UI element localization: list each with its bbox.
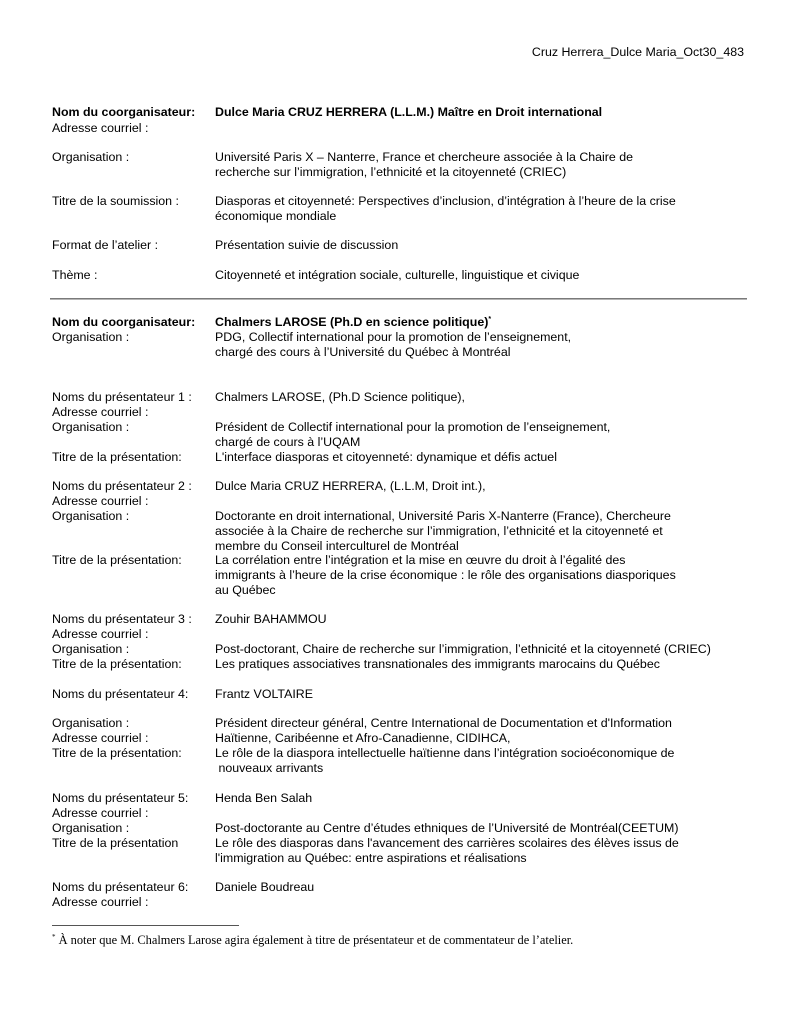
presentation-title-line: L'interface diasporas et citoyenneté: dy… (215, 450, 557, 465)
presenter-name-label: Noms du présentateur 5: (52, 791, 188, 806)
org-line: membre du Conseil interculturel de Montr… (215, 539, 459, 554)
org-label: Organisation : (52, 716, 129, 731)
footnote: * À noter que M. Chalmers Larose agira é… (52, 933, 573, 948)
organizer-value: Chalmers LAROSE (Ph.D en science politiq… (215, 315, 488, 329)
email-label: Adresse courriel : (52, 806, 148, 821)
org-line: chargé des cours à l’Université du Québe… (215, 345, 510, 360)
org-line: Président de Collectif international pou… (215, 420, 610, 435)
presenter-name: Chalmers LAROSE, (Ph.D Science politique… (215, 390, 465, 405)
email-label: Adresse courriel : (52, 731, 148, 746)
org-line: Université Paris X – Nanterre, France et… (215, 150, 633, 165)
org-line: Président directeur général, Centre Inte… (215, 716, 672, 731)
presentation-title-label: Titre de la présentation: (52, 746, 182, 761)
org-line: Haïtienne, Caribéenne et Afro-Canadienne… (215, 731, 510, 746)
submission-title-line: Diasporas et citoyenneté: Perspectives d… (215, 194, 676, 209)
email-label: Adresse courriel : (52, 121, 148, 136)
presentation-title-label: Titre de la présentation: (52, 657, 182, 672)
org-label: Organisation : (52, 150, 129, 165)
presenter-name: Dulce Maria CRUZ HERRERA, (L.L.M, Droit … (215, 479, 486, 494)
format-value: Présentation suivie de discussion (215, 238, 398, 253)
email-label: Adresse courriel : (52, 405, 148, 420)
section-divider (50, 298, 747, 300)
org-line: Doctorante en droit international, Unive… (215, 509, 671, 524)
presenter-name-label: Noms du présentateur 1 : (52, 390, 192, 405)
presenter-name-label: Noms du présentateur 3 : (52, 612, 192, 627)
footnote-text: À noter que M. Chalmers Larose agira éga… (56, 933, 574, 947)
presentation-title-label: Titre de la présentation: (52, 553, 182, 568)
presenter-name: Daniele Boudreau (215, 880, 314, 895)
organizer-value: Dulce Maria CRUZ HERRERA (L.L.M.) Maître… (215, 105, 602, 120)
org-label: Organisation : (52, 642, 129, 657)
presentation-title-line: l'immigration au Québec: entre aspiratio… (215, 851, 527, 866)
presenter-name: Zouhir BAHAMMOU (215, 612, 327, 627)
presentation-title-line: Le rôle de la diaspora intellectuelle ha… (215, 746, 674, 761)
org-line: recherche sur l’immigration, l’ethnicité… (215, 165, 566, 180)
presentation-title-line: immigrants à l’heure de la crise économi… (215, 568, 676, 583)
presentation-title-line: Le rôle des diasporas dans l'avancement … (215, 836, 679, 851)
presenter-name-label: Noms du présentateur 2 : (52, 479, 192, 494)
organizer-value-wrap: Chalmers LAROSE (Ph.D en science politiq… (215, 315, 491, 330)
organizer-label: Nom du coorganisateur: (52, 315, 195, 330)
org-line: chargé de cours à l’UQAM (215, 435, 360, 450)
email-label: Adresse courriel : (52, 494, 148, 509)
org-line: associée à la Chaire de recherche sur l’… (215, 524, 663, 539)
presenter-name: Henda Ben Salah (215, 791, 312, 806)
email-label: Adresse courriel : (52, 627, 148, 642)
org-label: Organisation : (52, 330, 129, 345)
presenter-name: Frantz VOLTAIRE (215, 687, 313, 702)
org-line: Post-doctorant, Chaire de recherche sur … (215, 642, 711, 657)
theme-label: Thème : (52, 268, 97, 283)
presenter-name-label: Noms du présentateur 6: (52, 880, 188, 895)
email-label: Adresse courriel : (52, 895, 148, 910)
presentation-title-label: Titre de la présentation: (52, 450, 182, 465)
footnote-rule (52, 925, 239, 926)
org-line: Post-doctorante au Centre d’études ethni… (215, 821, 679, 836)
submission-title-label: Titre de la soumission : (52, 194, 179, 209)
footnote-marker: * (488, 316, 491, 323)
presentation-title-line: au Québec (215, 583, 276, 598)
org-label: Organisation : (52, 509, 129, 524)
document-reference: Cruz Herrera_Dulce Maria_Oct30_483 (532, 45, 744, 59)
organizer-label: Nom du coorganisateur: (52, 105, 195, 120)
submission-title-line: économique mondiale (215, 209, 336, 224)
theme-value: Citoyenneté et intégration sociale, cult… (215, 268, 579, 283)
presentation-title-line: La corrélation entre l’intégration et la… (215, 553, 626, 568)
presentation-title-line: nouveaux arrivants (215, 761, 323, 776)
org-line: PDG, Collectif international pour la pro… (215, 330, 571, 345)
org-label: Organisation : (52, 420, 129, 435)
org-label: Organisation : (52, 821, 129, 836)
format-label: Format de l’atelier : (52, 238, 158, 253)
presenter-name-label: Noms du présentateur 4: (52, 687, 188, 702)
presentation-title-line: Les pratiques associatives transnational… (215, 657, 660, 672)
presentation-title-label: Titre de la présentation (52, 836, 178, 851)
